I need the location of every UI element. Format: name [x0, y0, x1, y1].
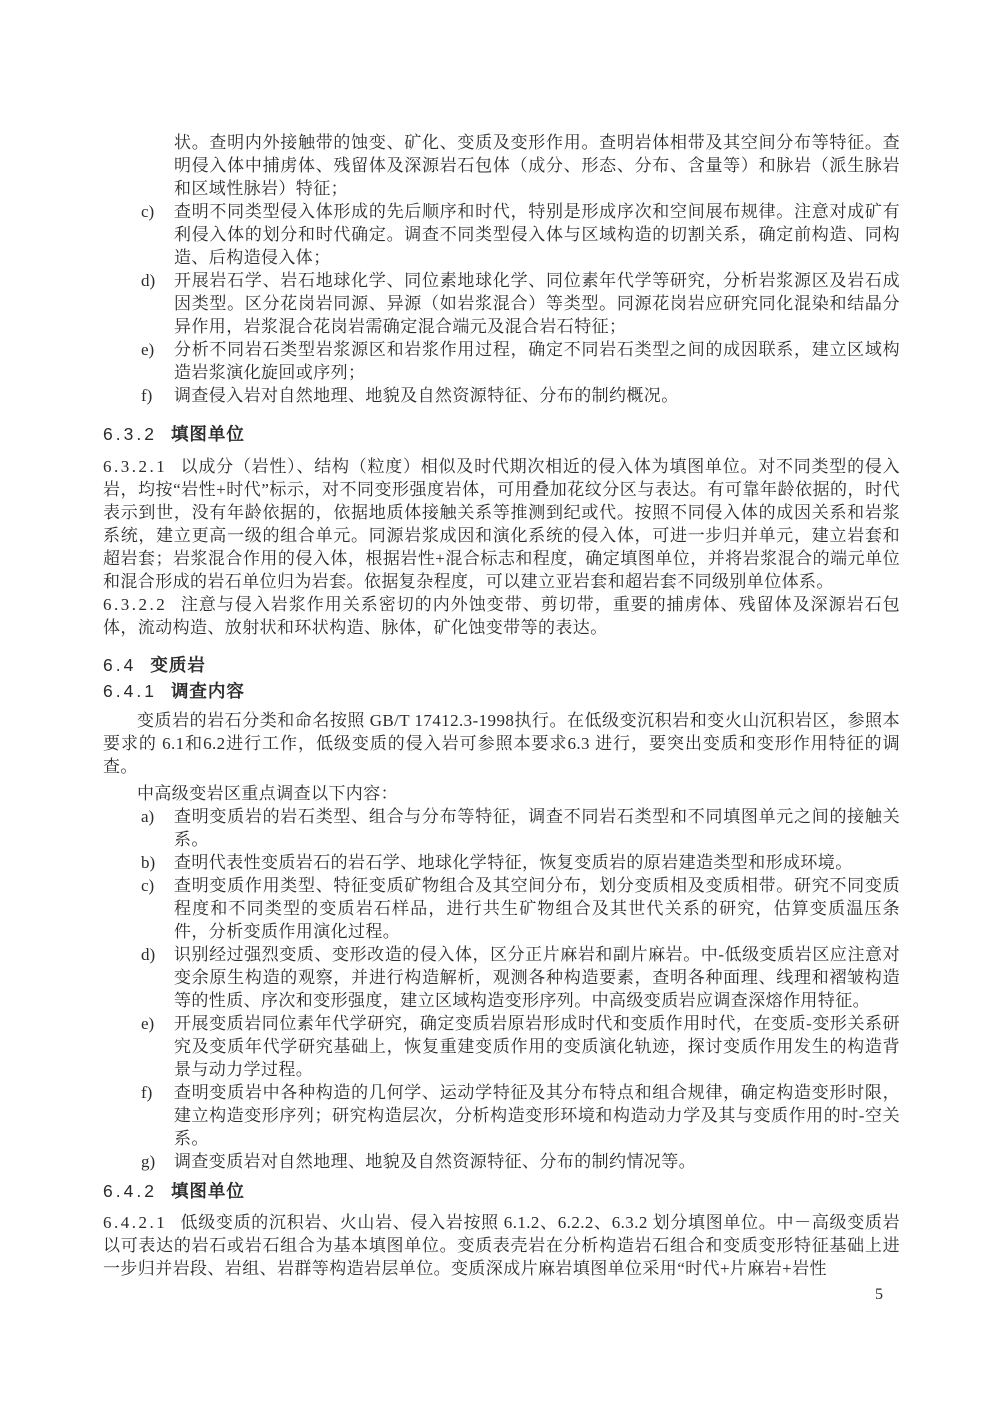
list-item-text: 开展变质岩同位素年代学研究，确定变质岩原岩形成时代和变质作用时代，在变质-变形关… — [174, 1012, 900, 1081]
clause-paragraph-6-3-2-1: 6.3.2.1以成分（岩性）、结构（粒度）相似及时代期次相近的侵入体为填图单位。… — [103, 455, 900, 593]
list-item-text: 调查侵入岩对自然地理、地貌及自然资源特征、分布的制约概况。 — [174, 384, 900, 407]
section-number: 6.4 — [103, 655, 136, 675]
section-number: 6.4.1 — [103, 681, 157, 701]
list-item: c) 查明变质作用类型、特征变质矿物组合及其空间分布，划分变质相及变质相带。研究… — [103, 874, 900, 943]
list-item: f) 查明变质岩中各种构造的几何学、运动学特征及其分布特点和组合规律，确定构造变… — [103, 1081, 900, 1150]
list-item-marker: d) — [141, 943, 155, 966]
list-item: f) 调查侵入岩对自然地理、地貌及自然资源特征、分布的制约概况。 — [103, 384, 900, 407]
section-heading-6-4-1: 6.4.1调查内容 — [103, 679, 900, 703]
list-item-marker: a) — [141, 805, 154, 828]
list-item-marker: c) — [141, 200, 154, 223]
list-item: c) 查明不同类型侵入体形成的先后顺序和时代，特别是形成序次和空间展布规律。注意… — [103, 200, 900, 269]
list-item-text: 开展岩石学、岩石地球化学、同位素地球化学、同位素年代学等研究，分析岩浆源区及岩石… — [174, 269, 900, 338]
section-title: 填图单位 — [171, 1181, 245, 1201]
list-item: g) 调查变质岩对自然地理、地貌及自然资源特征、分布的制约情况等。 — [103, 1150, 900, 1173]
clause-number: 6.4.2.1 — [103, 1213, 167, 1232]
list-item-text: 查明代表性变质岩石的岩石学、地球化学特征，恢复变质岩的原岩建造类型和形成环境。 — [174, 851, 900, 874]
section-heading-6-4-2: 6.4.2填图单位 — [103, 1179, 900, 1203]
clause-number: 6.3.2.1 — [103, 457, 167, 476]
page-number: 5 — [862, 1284, 896, 1306]
section-heading-6-4: 6.4变质岩 — [103, 653, 900, 677]
list-item: d) 识别经过强烈变质、变形改造的侵入体，区分正片麻岩和副片麻岩。中-低级变质岩… — [103, 943, 900, 1012]
list-item-text: 识别经过强烈变质、变形改造的侵入体，区分正片麻岩和副片麻岩。中-低级变质岩区应注… — [174, 943, 900, 1012]
list-item-continuation: 状。查明内外接触带的蚀变、矿化、变质及变形作用。查明岩体相带及其空间分布等特征。… — [103, 131, 900, 200]
clause-text: 低级变质的沉积岩、火山岩、侵入岩按照 6.1.2、6.2.2、6.3.2 划分填… — [103, 1213, 900, 1278]
list-item-text: 查明变质岩中各种构造的几何学、运动学特征及其分布特点和组合规律，确定构造变形时限… — [174, 1081, 900, 1150]
clause-paragraph-6-3-2-2: 6.3.2.2注意与侵入岩浆作用关系密切的内外蚀变带、剪切带，重要的捕虏体、残留… — [103, 593, 900, 639]
list-item-marker: d) — [141, 269, 155, 292]
document-page: 状。查明内外接触带的蚀变、矿化、变质及变形作用。查明岩体相带及其空间分布等特征。… — [0, 0, 993, 1404]
list-item-text: 查明变质作用类型、特征变质矿物组合及其空间分布，划分变质相及变质相带。研究不同变… — [174, 874, 900, 943]
list-item: a) 查明变质岩的岩石类型、组合与分布等特征，调查不同岩石类型和不同填图单元之间… — [103, 805, 900, 851]
list-item-marker: f) — [141, 1081, 152, 1104]
list-item: d) 开展岩石学、岩石地球化学、同位素地球化学、同位素年代学等研究，分析岩浆源区… — [103, 269, 900, 338]
list-item-text: 分析不同岩石类型岩浆源区和岩浆作用过程，确定不同岩石类型之间的成因联系，建立区域… — [174, 338, 900, 384]
list-item: e) 开展变质岩同位素年代学研究，确定变质岩原岩形成时代和变质作用时代，在变质-… — [103, 1012, 900, 1081]
body-paragraph: 变质岩的岩石分类和命名按照 GB/T 17412.3-1998执行。在低级变沉积… — [103, 709, 900, 778]
section-heading-6-3-2: 6.3.2填图单位 — [103, 422, 900, 446]
list-item: e) 分析不同岩石类型岩浆源区和岩浆作用过程，确定不同岩石类型之间的成因联系，建… — [103, 338, 900, 384]
body-paragraph: 中高级变岩区重点调查以下内容： — [103, 782, 900, 805]
list-item-marker: b) — [141, 851, 155, 874]
list-item-marker: f) — [141, 384, 152, 407]
list-item-marker: e) — [141, 1012, 154, 1035]
clause-paragraph-6-4-2-1: 6.4.2.1低级变质的沉积岩、火山岩、侵入岩按照 6.1.2、6.2.2、6.… — [103, 1211, 900, 1280]
section-number: 6.4.2 — [103, 1181, 157, 1201]
list-item-text: 查明变质岩的岩石类型、组合与分布等特征，调查不同岩石类型和不同填图单元之间的接触… — [174, 805, 900, 851]
section-title: 调查内容 — [171, 681, 245, 701]
clause-text: 以成分（岩性）、结构（粒度）相似及时代期次相近的侵入体为填图单位。对不同类型的侵… — [103, 457, 900, 591]
list-item: b) 查明代表性变质岩石的岩石学、地球化学特征，恢复变质岩的原岩建造类型和形成环… — [103, 851, 900, 874]
section-title: 变质岩 — [150, 655, 206, 675]
page-content: 状。查明内外接触带的蚀变、矿化、变质及变形作用。查明岩体相带及其空间分布等特征。… — [103, 131, 900, 1280]
list-item-marker: e) — [141, 338, 154, 361]
list-item-marker: g) — [141, 1150, 155, 1173]
list-item-text: 状。查明内外接触带的蚀变、矿化、变质及变形作用。查明岩体相带及其空间分布等特征。… — [174, 131, 900, 200]
section-title: 填图单位 — [171, 424, 245, 444]
list-item-text: 查明不同类型侵入体形成的先后顺序和时代，特别是形成序次和空间展布规律。注意对成矿… — [174, 200, 900, 269]
clause-number: 6.3.2.2 — [103, 595, 167, 614]
list-item-text: 调查变质岩对自然地理、地貌及自然资源特征、分布的制约情况等。 — [174, 1150, 900, 1173]
list-item-marker: c) — [141, 874, 154, 897]
clause-text: 注意与侵入岩浆作用关系密切的内外蚀变带、剪切带，重要的捕虏体、残留体及深源岩石包… — [103, 595, 900, 637]
section-number: 6.3.2 — [103, 424, 157, 444]
